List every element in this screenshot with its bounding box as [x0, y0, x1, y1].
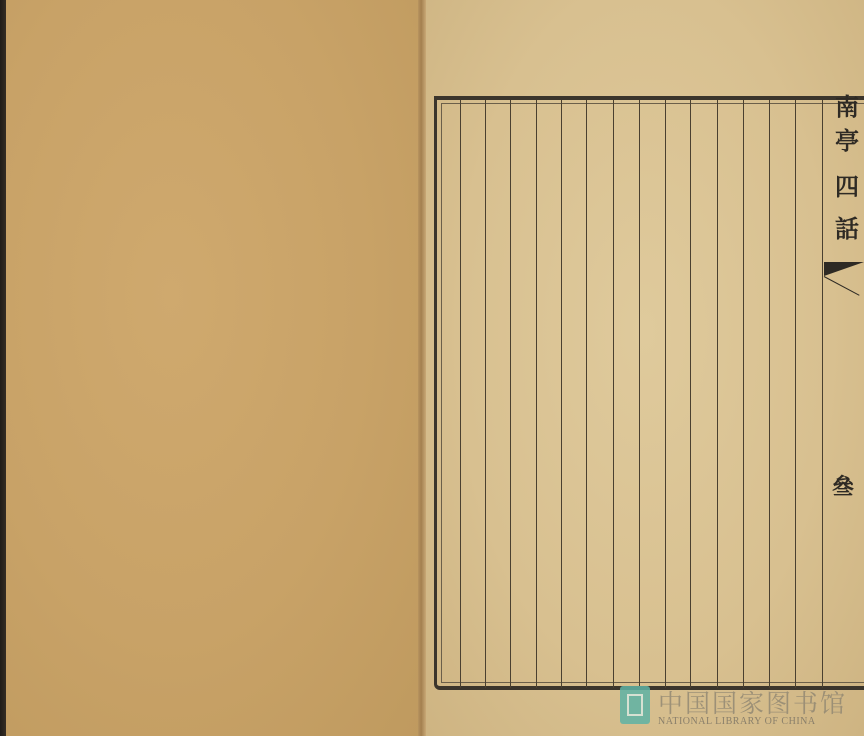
column-rule-line — [690, 100, 691, 688]
column-rule-line — [613, 100, 614, 688]
column-rule-line — [795, 100, 796, 688]
title-column: 南 亭 四 話 — [826, 98, 864, 688]
left-page-blank — [6, 0, 420, 736]
watermark-chinese: 中国国家图书馆 — [658, 684, 847, 720]
watermark-english: NATIONAL LIBRARY OF CHINA — [658, 716, 816, 727]
volume-number: 叄 — [832, 470, 862, 501]
column-rule-line — [822, 100, 823, 688]
column-rule-line — [561, 100, 562, 688]
title-char: 亭 — [832, 126, 862, 156]
column-rule-line — [586, 100, 587, 688]
column-rule-line — [536, 100, 537, 688]
print-frame-border — [434, 96, 864, 690]
column-rule-line — [510, 100, 511, 688]
title-char: 四 — [832, 172, 862, 202]
title-char: 南 — [832, 92, 862, 122]
column-rule-line — [639, 100, 640, 688]
column-rule-line — [665, 100, 666, 688]
book-gutter — [418, 0, 426, 736]
library-logo-icon — [620, 686, 650, 724]
print-frame-inner-line — [441, 103, 864, 683]
column-rule-line — [769, 100, 770, 688]
column-rule-line — [743, 100, 744, 688]
column-rule-line — [485, 100, 486, 688]
column-rule-line — [460, 100, 461, 688]
title-char: 話 — [832, 214, 862, 244]
library-watermark: 中国国家图书馆 NATIONAL LIBRARY OF CHINA — [616, 684, 864, 736]
fish-tail-mark-icon — [824, 262, 864, 276]
column-rule-line — [717, 100, 718, 688]
